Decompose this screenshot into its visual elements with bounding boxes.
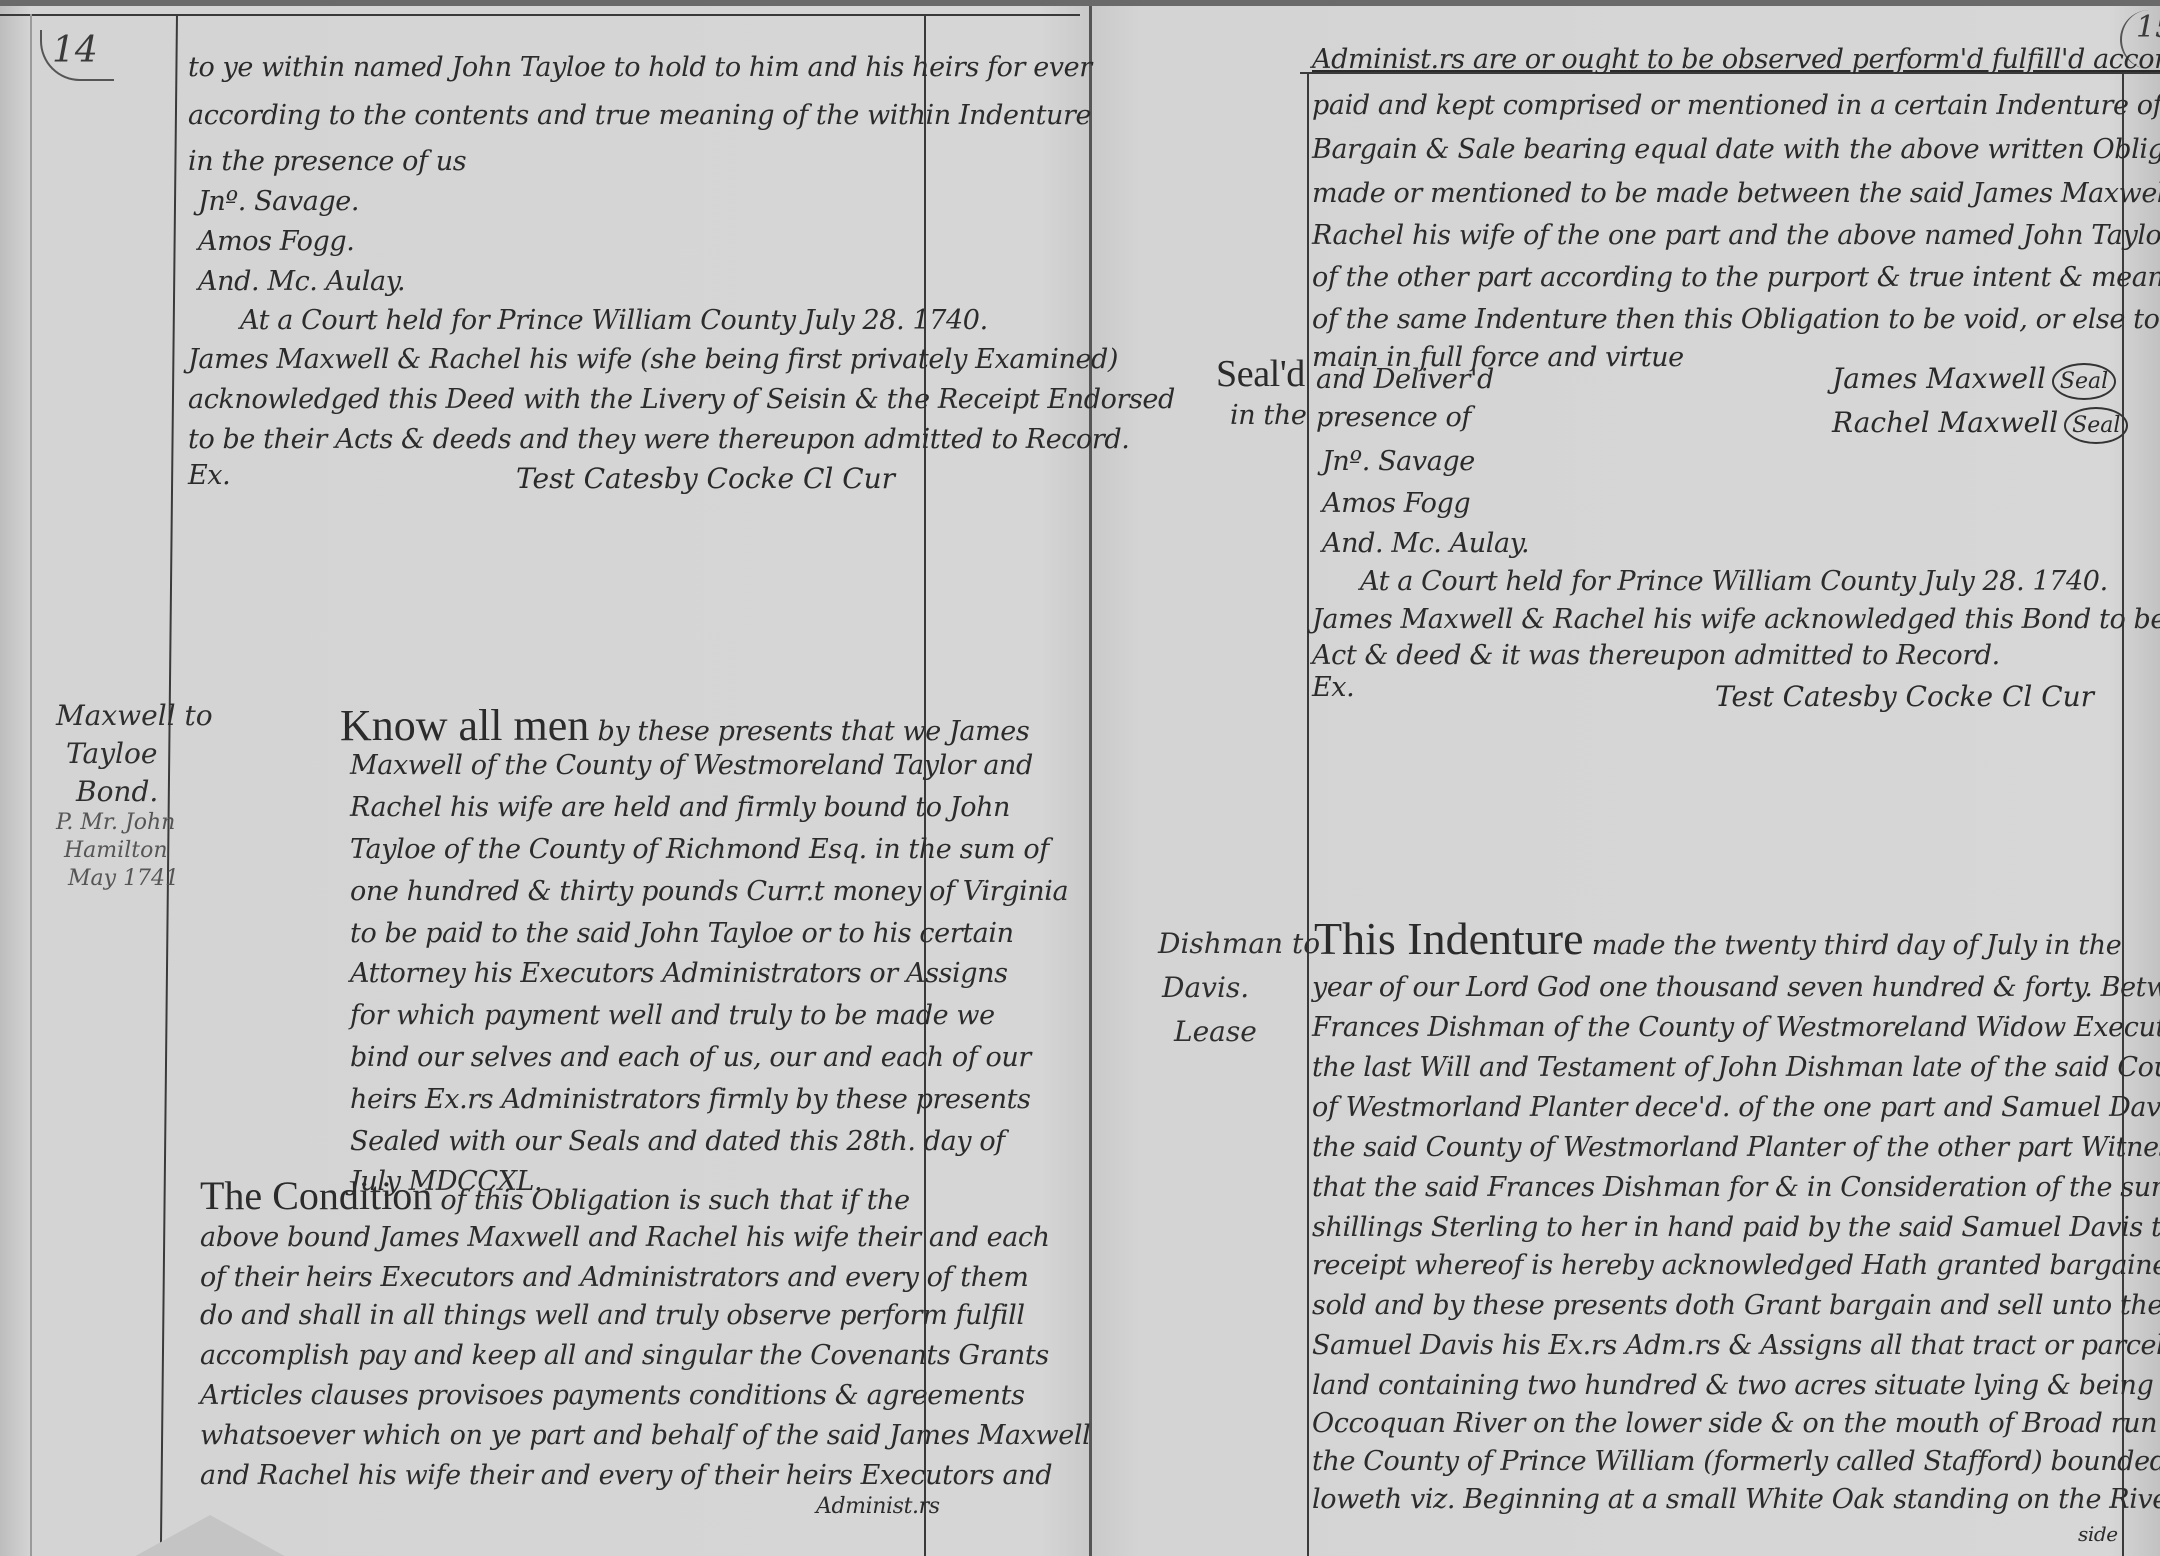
pencil-note-line: Hamilton — [56, 840, 213, 868]
text-line: whatsoever which on ye part and behalf o… — [200, 1420, 1090, 1451]
text-line: Articles clauses provisoes payments cond… — [200, 1380, 1025, 1411]
margin-note-dishman-to-davis: Dishman to Davis. Lease — [1158, 930, 1320, 1058]
text-line: of the same Indenture then this Obligati… — [1312, 304, 2160, 335]
right-page-margin-rule — [1307, 72, 1309, 1556]
witness-name: Amos Fogg. — [198, 226, 354, 257]
margin-note-maxwell-to-tayloe: Maxwell to Tayloe Bond. P. Mr. John Hami… — [56, 702, 213, 896]
text-line: Administ.rs are or ought to be observed … — [1312, 44, 2160, 75]
text-line: according to the contents and true meani… — [188, 100, 1091, 131]
court-record-line: James Maxwell & Rachel his wife (she bei… — [188, 344, 1118, 375]
witness-name: Jnº. Savage. — [198, 186, 359, 217]
margin-note-line: Lease — [1158, 1018, 1320, 1058]
sealed-line: presence of — [1316, 402, 1471, 433]
clerk-signature: Test Catesby Cocke Cl Cur — [1715, 680, 2094, 713]
margin-note-line: Tayloe — [56, 740, 213, 778]
left-page-edge-rule — [30, 14, 32, 1556]
signatory-name: James Maxwell — [1832, 362, 2046, 395]
text-line: bind our selves and each of us, our and … — [350, 1042, 1031, 1073]
text-line: do and shall in all things well and trul… — [200, 1300, 1025, 1331]
text-line: made the twenty third day of July in the — [1592, 930, 2122, 961]
text-line: sold and by these presents doth Grant ba… — [1312, 1290, 2160, 1321]
seal-icon: Seal — [2052, 363, 2116, 400]
text-line: Tayloe of the County of Richmond Esq. in… — [350, 834, 1049, 865]
text-line: of Westmorland Planter dece'd. of the on… — [1312, 1092, 2160, 1123]
bond-opening: Know all men — [340, 701, 589, 750]
text-line: Samuel Davis his Ex.rs Adm.rs & Assigns … — [1312, 1330, 2160, 1361]
text-line: Occoquan River on the lower side & on th… — [1312, 1408, 2160, 1439]
text-line: that the said Frances Dishman for & in C… — [1312, 1172, 2160, 1203]
text-line: shillings Sterling to her in hand paid b… — [1312, 1212, 2160, 1243]
text-line: Sealed with our Seals and dated this 28t… — [350, 1126, 1005, 1157]
text-line: Maxwell of the County of Westmoreland Ta… — [350, 750, 1033, 781]
text-line: by these presents that we James — [597, 716, 1029, 747]
court-record-line: to be their Acts & deeds and they were t… — [188, 424, 1129, 455]
text-line: land containing two hundred & two acres … — [1312, 1370, 2160, 1401]
text-line: accomplish pay and keep all and singular… — [200, 1340, 1049, 1371]
text-line: Attorney his Executors Administrators or… — [350, 958, 1008, 989]
text-line: made or mentioned to be made between the… — [1312, 178, 2160, 209]
text-line: and Rachel his wife their and every of t… — [200, 1460, 1052, 1491]
margin-note-line: Maxwell to — [56, 702, 213, 740]
court-record-line: acknowledged this Deed with the Livery o… — [188, 384, 1175, 415]
text-line: for which payment well and truly to be m… — [350, 1000, 995, 1031]
margin-note-line: Davis. — [1158, 974, 1320, 1018]
witness-name: And. Mc. Aulay. — [198, 266, 405, 297]
court-record-line: James Maxwell & Rachel his wife acknowle… — [1312, 604, 2160, 635]
text-line: of the other part according to the purpo… — [1312, 262, 2160, 293]
text-line: receipt whereof is hereby acknowledged H… — [1312, 1250, 2160, 1281]
court-record-line: At a Court held for Prince William Count… — [1360, 566, 2108, 597]
text-line: Bargain & Sale bearing equal date with t… — [1312, 134, 2160, 165]
text-line: the said County of Westmorland Planter o… — [1312, 1132, 2160, 1163]
indenture-opening: This Indenture — [1314, 913, 1584, 964]
seal-icon: Seal — [2064, 407, 2128, 444]
sealed-label: in the — [1230, 400, 1306, 431]
court-record-line: At a Court held for Prince William Count… — [240, 305, 988, 336]
text-line: in the presence of us — [188, 146, 466, 177]
examined-mark: Ex. — [188, 460, 230, 491]
text-line: one hundred & thirty pounds Curr.t money… — [350, 876, 1068, 907]
text-line: to be paid to the said John Tayloe or to… — [350, 918, 1014, 949]
text-line: loweth viz. Beginning at a small White O… — [1312, 1484, 2160, 1515]
signatory-rachel-maxwell: Rachel MaxwellSeal — [1832, 406, 2128, 444]
text-line: the County of Prince William (formerly c… — [1312, 1446, 2160, 1477]
witness-name: Jnº. Savage — [1322, 446, 1475, 477]
gutter-rule — [1089, 6, 1092, 1556]
condition-opening: The Condition — [200, 1173, 432, 1218]
text-line: the last Will and Testament of John Dish… — [1312, 1052, 2160, 1083]
text-line: of their heirs Executors and Administrat… — [200, 1262, 1029, 1293]
text-line: heirs Ex.rs Administrators firmly by the… — [350, 1084, 1030, 1115]
top-edge — [0, 0, 2160, 6]
text-line: Frances Dishman of the County of Westmor… — [1312, 1012, 2160, 1043]
sealed-label: Seal'd — [1216, 352, 1305, 396]
catchword: side — [2078, 1522, 2118, 1546]
clerk-signature: Test Catesby Cocke Cl Cur — [516, 462, 895, 495]
signatory-name: Rachel Maxwell — [1832, 406, 2058, 439]
text-line: to ye within named John Tayloe to hold t… — [188, 52, 1092, 83]
witness-name: Amos Fogg — [1322, 488, 1470, 519]
catchword: Administ.rs — [816, 1494, 940, 1519]
torn-corner — [130, 1515, 290, 1556]
left-page-top-rule — [0, 14, 1080, 16]
pencil-note-line: May 1741 — [56, 868, 213, 896]
examined-mark: Ex. — [1312, 672, 1354, 703]
signatory-james-maxwell: James MaxwellSeal — [1832, 362, 2116, 400]
margin-note-line: Bond. — [56, 778, 213, 812]
text-line: Rachel his wife are held and firmly boun… — [350, 792, 1010, 823]
text-line: year of our Lord God one thousand seven … — [1312, 972, 2160, 1003]
witness-name: And. Mc. Aulay. — [1322, 528, 1529, 559]
pencil-note-line: P. Mr. John — [56, 812, 213, 840]
text-line: Rachel his wife of the one part and the … — [1312, 220, 2160, 251]
text-line: paid and kept comprised or mentioned in … — [1312, 90, 2160, 121]
sealed-line: and Deliver'd — [1316, 364, 1494, 395]
text-line: above bound James Maxwell and Rachel his… — [200, 1222, 1050, 1253]
court-record-line: Act & deed & it was thereupon admitted t… — [1312, 640, 2000, 671]
margin-note-line: Dishman to — [1158, 930, 1320, 974]
text-line: of this Obligation is such that if the — [440, 1185, 909, 1216]
